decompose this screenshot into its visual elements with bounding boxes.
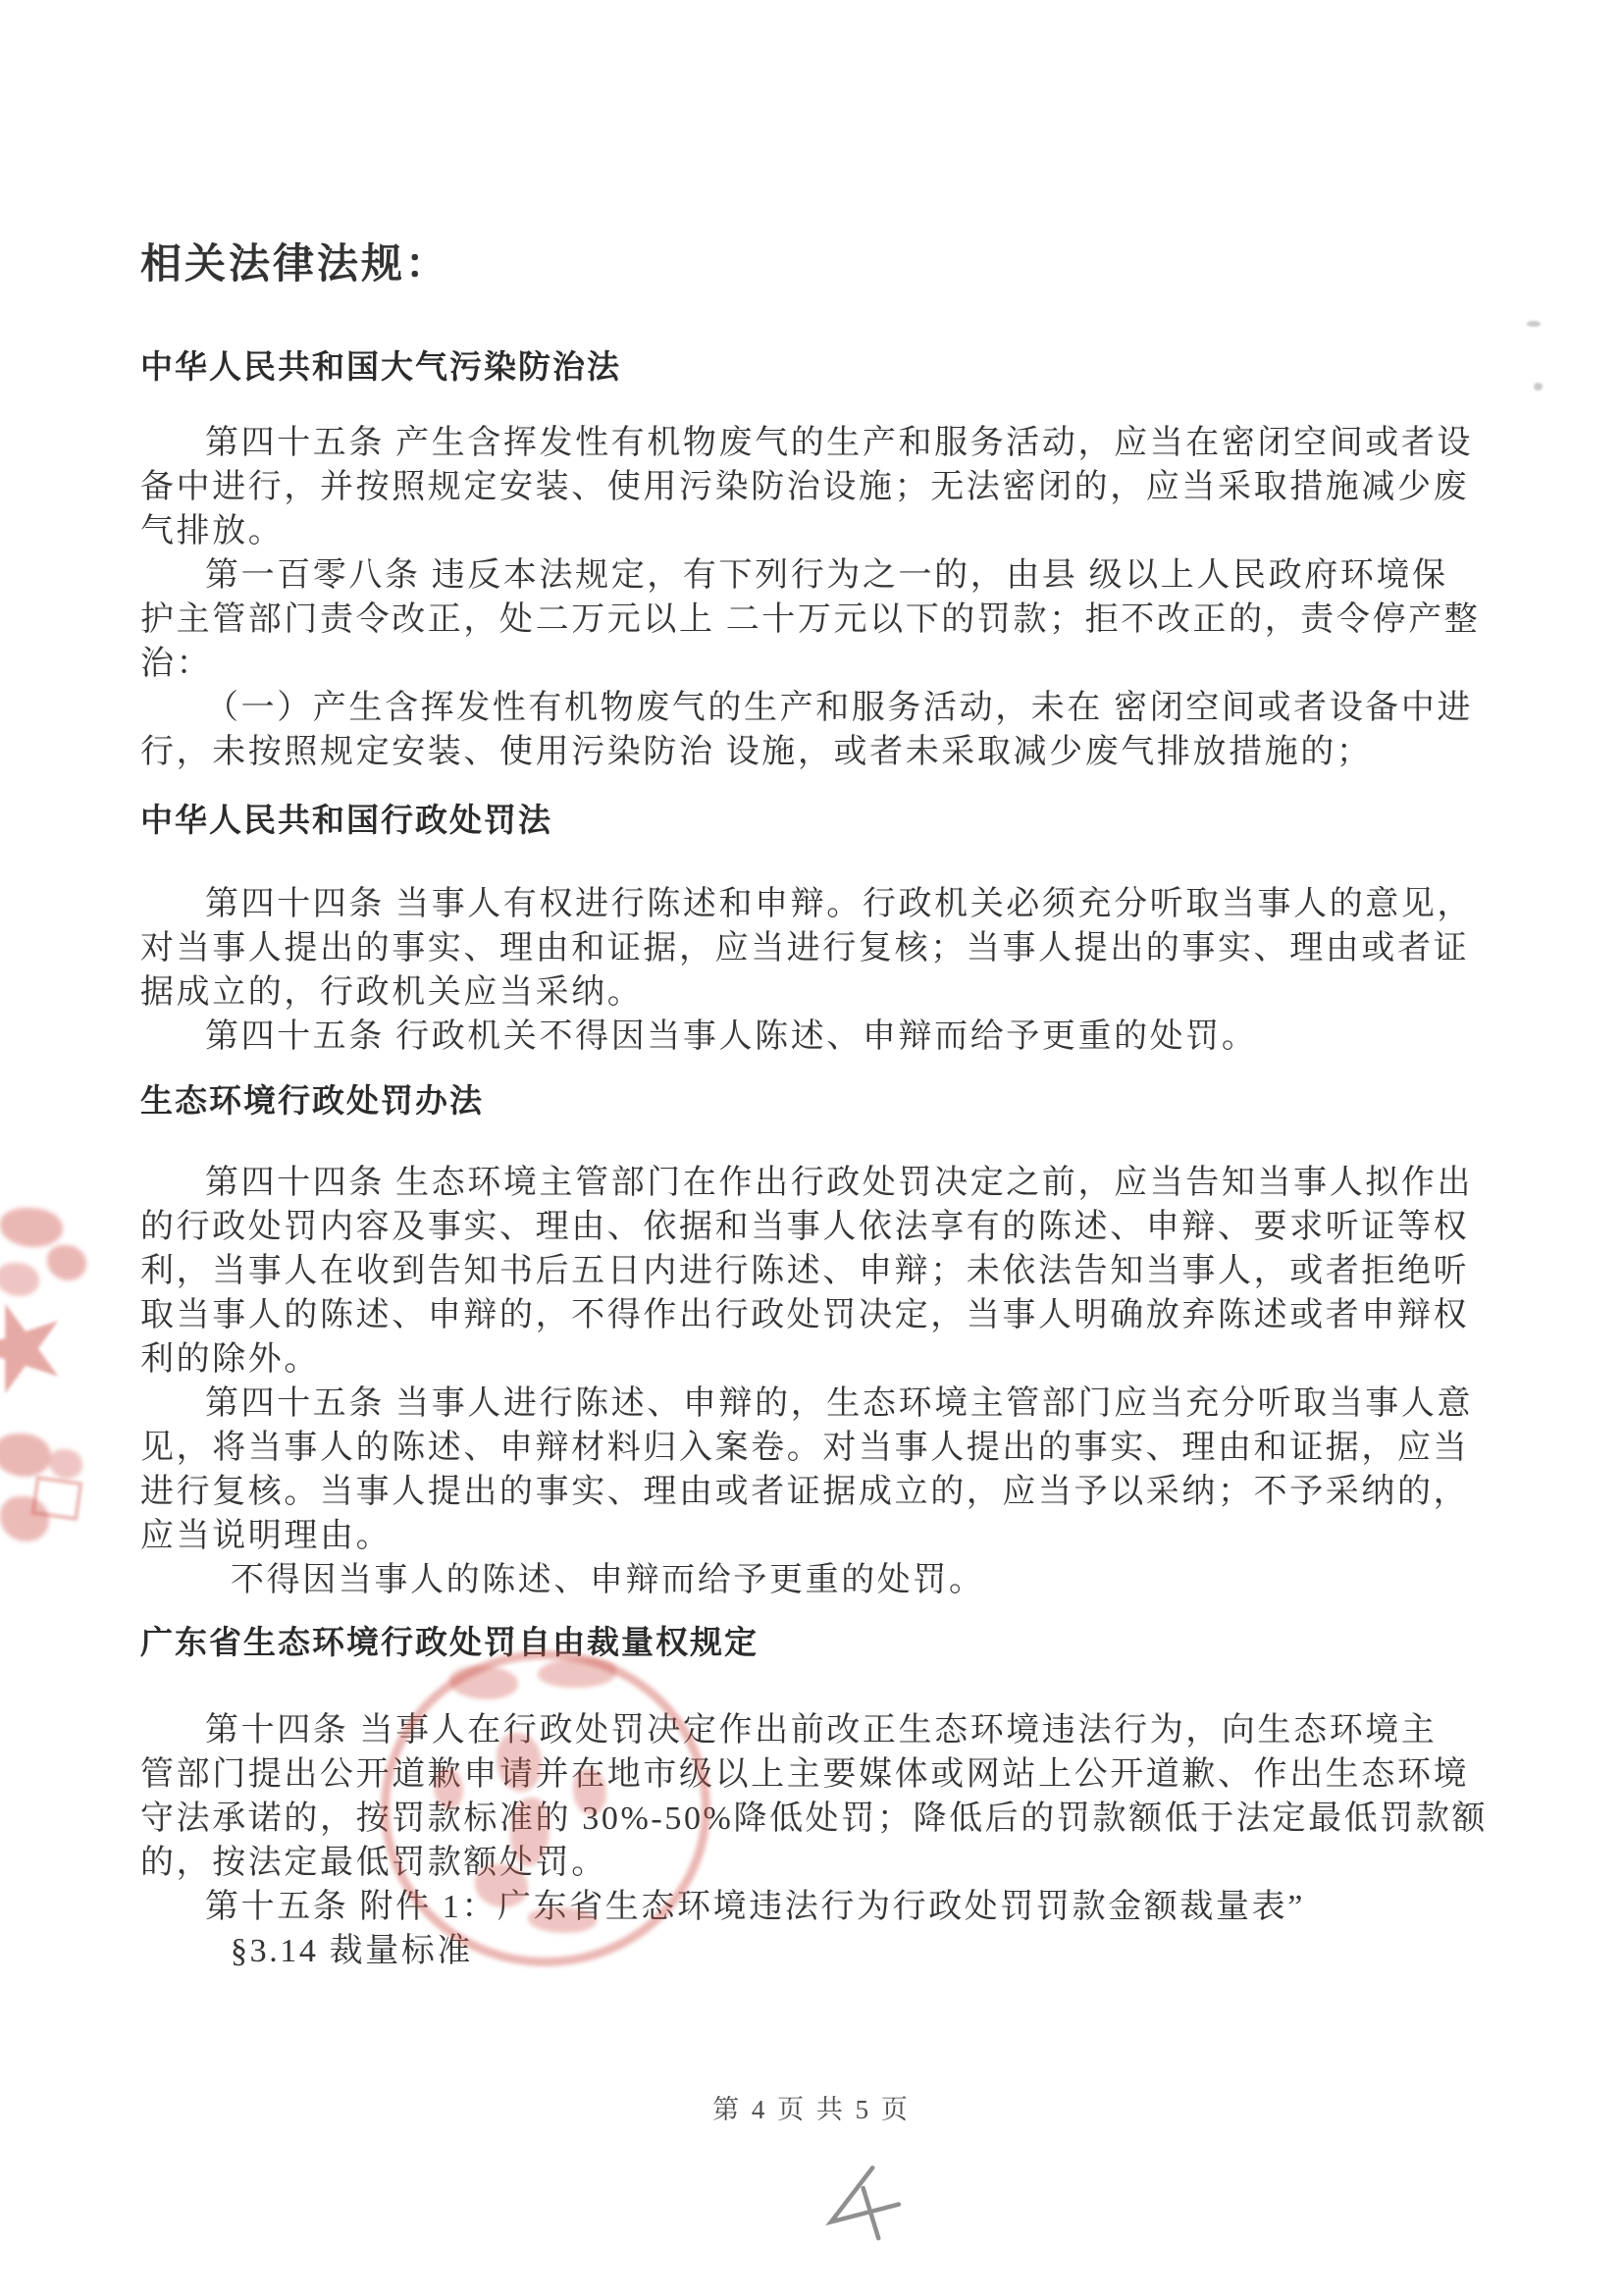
sections-container: 中华人民共和国大气污染防治法第四十五条 产生含挥发性有机物废气的生产和服务活动，… [140, 346, 1514, 1973]
page-title: 相关法律法规： [140, 238, 1514, 289]
body-line: 见，将当事人的陈述、申辩材料归入案卷。对当事人提出的事实、理由和证据，应当 [140, 1426, 1514, 1470]
section-lines: 第四十五条 产生含挥发性有机物废气的生产和服务活动，应当在密闭空间或者设备中进行… [140, 421, 1514, 774]
body-line: 气排放。 [140, 509, 1514, 553]
body-line: 治： [140, 642, 1514, 686]
body-line: 应当说明理由。 [140, 1514, 1514, 1558]
body-line: 第十五条 附件 1：广东省生态环境违法行为行政处罚罚款金额裁量表” [140, 1885, 1514, 1929]
body-line: 取当事人的陈述、申辩的，不得作出行政处罚决定，当事人明确放弃陈述或者申辩权 [140, 1293, 1514, 1337]
section-heading: 中华人民共和国大气污染防治法 [140, 346, 1514, 388]
body-line: 管部门提出公开道歉申请并在地市级以上主要媒体或网站上公开道歉、作出生态环境 [140, 1752, 1514, 1797]
scan-speck [1534, 383, 1543, 391]
seal-star-icon: ★ [0, 1275, 87, 1419]
seal-fragment [30, 1476, 82, 1521]
body-line: 第四十四条 当事人有权进行陈述和申辩。行政机关必须充分听取当事人的意见， [140, 882, 1514, 926]
body-line: 利，当事人在收到告知书后五日内进行陈述、申辩；未依法告知当事人，或者拒绝听 [140, 1249, 1514, 1293]
document-body: 相关法律法规： 中华人民共和国大气污染防治法第四十五条 产生含挥发性有机物废气的… [140, 238, 1514, 1973]
section-lines: 第四十四条 当事人有权进行陈述和申辩。行政机关必须充分听取当事人的意见，对当事人… [140, 882, 1514, 1059]
page-footer: 第 4 页 共 5 页 [0, 2088, 1623, 2126]
body-line: 不得因当事人的陈述、申辩而给予更重的处罚。 [140, 1558, 1514, 1602]
section-heading: 中华人民共和国行政处罚法 [140, 800, 1514, 841]
body-line: （一）产生含挥发性有机物废气的生产和服务活动，未在 密闭空间或者设备中进 [140, 686, 1514, 730]
body-line: 的，按法定最低罚款额处罚。 [140, 1841, 1514, 1885]
body-line: 第四十五条 行政机关不得因当事人陈述、申辩而给予更重的处罚。 [140, 1015, 1514, 1059]
section-lines: 第十四条 当事人在行政处罚决定作出前改正生态环境违法行为，向生态环境主管部门提出… [140, 1708, 1514, 1973]
scanned-document-page: 相关法律法规： 中华人民共和国大气污染防治法第四十五条 产生含挥发性有机物废气的… [0, 0, 1623, 2296]
body-line: 第四十五条 当事人进行陈述、申辩的，生态环境主管部门应当充分听取当事人意 [140, 1382, 1514, 1426]
red-seal-stamp-left-edge: ★ [0, 1202, 159, 1565]
section: 中华人民共和国大气污染防治法第四十五条 产生含挥发性有机物废气的生产和服务活动，… [140, 346, 1514, 774]
section: 广东省生态环境行政处罚自由裁量权规定第十四条 当事人在行政处罚决定作出前改正生态… [140, 1622, 1514, 1973]
body-line: 第一百零八条 违反本法规定，有下列行为之一的，由县 级以上人民政府环境保 [140, 553, 1514, 598]
section: 生态环境行政处罚办法第四十四条 生态环境主管部门在作出行政处罚决定之前，应当告知… [140, 1080, 1514, 1602]
body-line: 进行复核。当事人提出的事实、理由或者证据成立的，应当予以采纳；不予采纳的， [140, 1470, 1514, 1514]
body-line: 护主管部门责令改正，处二万元以上 二十万元以下的罚款；拒不改正的，责令停产整 [140, 598, 1514, 642]
scan-speck [1527, 321, 1541, 327]
section-heading: 生态环境行政处罚办法 [140, 1080, 1514, 1122]
body-line: 第十四条 当事人在行政处罚决定作出前改正生态环境违法行为，向生态环境主 [140, 1708, 1514, 1752]
body-line: 备中进行，并按照规定安装、使用污染防治设施；无法密闭的，应当采取措施减少废 [140, 465, 1514, 509]
body-line: 据成立的，行政机关应当采纳。 [140, 970, 1514, 1015]
body-line: §3.14 裁量标准 [140, 1929, 1514, 1973]
body-line: 利的除外。 [140, 1337, 1514, 1382]
section-heading: 广东省生态环境行政处罚自由裁量权规定 [140, 1622, 1514, 1663]
body-line: 守法承诺的，按罚款标准的 30%-50%降低处罚；降低后的罚款额低于法定最低罚款… [140, 1797, 1514, 1841]
section: 中华人民共和国行政处罚法第四十四条 当事人有权进行陈述和申辩。行政机关必须充分听… [140, 800, 1514, 1059]
body-line: 对当事人提出的事实、理由和证据，应当进行复核；当事人提出的事实、理由或者证 [140, 926, 1514, 970]
body-line: 的行政处罚内容及事实、理由、依据和当事人依法享有的陈述、申辩、要求听证等权 [140, 1205, 1514, 1249]
body-line: 第四十四条 生态环境主管部门在作出行政处罚决定之前，应当告知当事人拟作出 [140, 1161, 1514, 1205]
body-line: 第四十五条 产生含挥发性有机物废气的生产和服务活动，应当在密闭空间或者设 [140, 421, 1514, 465]
section-lines: 第四十四条 生态环境主管部门在作出行政处罚决定之前，应当告知当事人拟作出的行政处… [140, 1161, 1514, 1602]
body-line: 行，未按照规定安装、使用污染防治 设施，或者未采取减少废气排放措施的； [140, 730, 1514, 774]
handwritten-page-number [817, 2158, 912, 2257]
